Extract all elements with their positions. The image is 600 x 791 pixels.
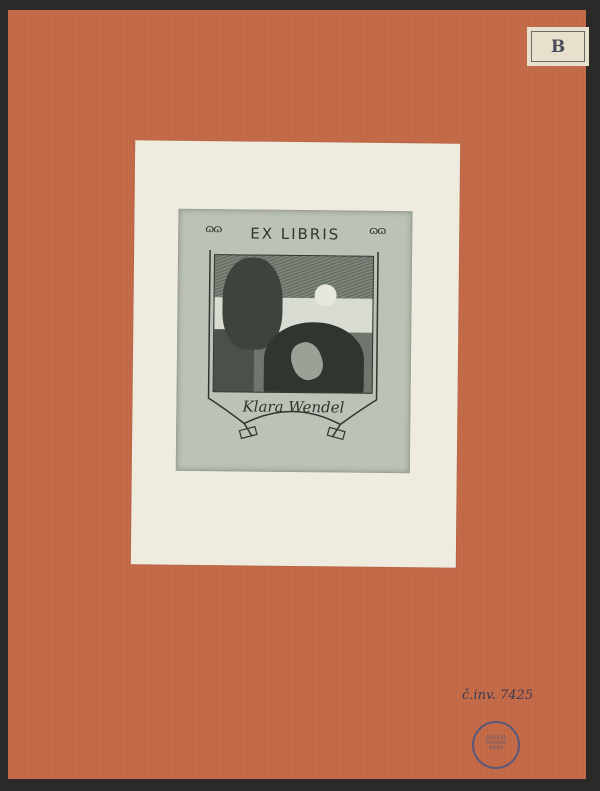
catalog-letter: B <box>551 37 565 57</box>
owner-name: Klara Wendel <box>177 397 409 417</box>
catalog-label: B <box>527 27 589 66</box>
stamp-line: · · · · <box>492 750 501 755</box>
ornament-right-icon: ɷɷ <box>369 224 385 237</box>
collection-stamp: GRAFICKÁ PRACOVNÍ SBÍRKA · · · · <box>472 721 520 769</box>
inventory-note: č.inv. 7425 <box>462 688 533 703</box>
bookplate-print: ɷɷ EX LIBRIS ɷɷ Klara Wendel <box>176 209 413 473</box>
illustration-scene <box>213 254 374 394</box>
catalog-label-frame: B <box>531 31 585 62</box>
moon-icon <box>315 284 337 306</box>
white-card: ɷɷ EX LIBRIS ɷɷ Klara Wendel <box>131 140 460 567</box>
